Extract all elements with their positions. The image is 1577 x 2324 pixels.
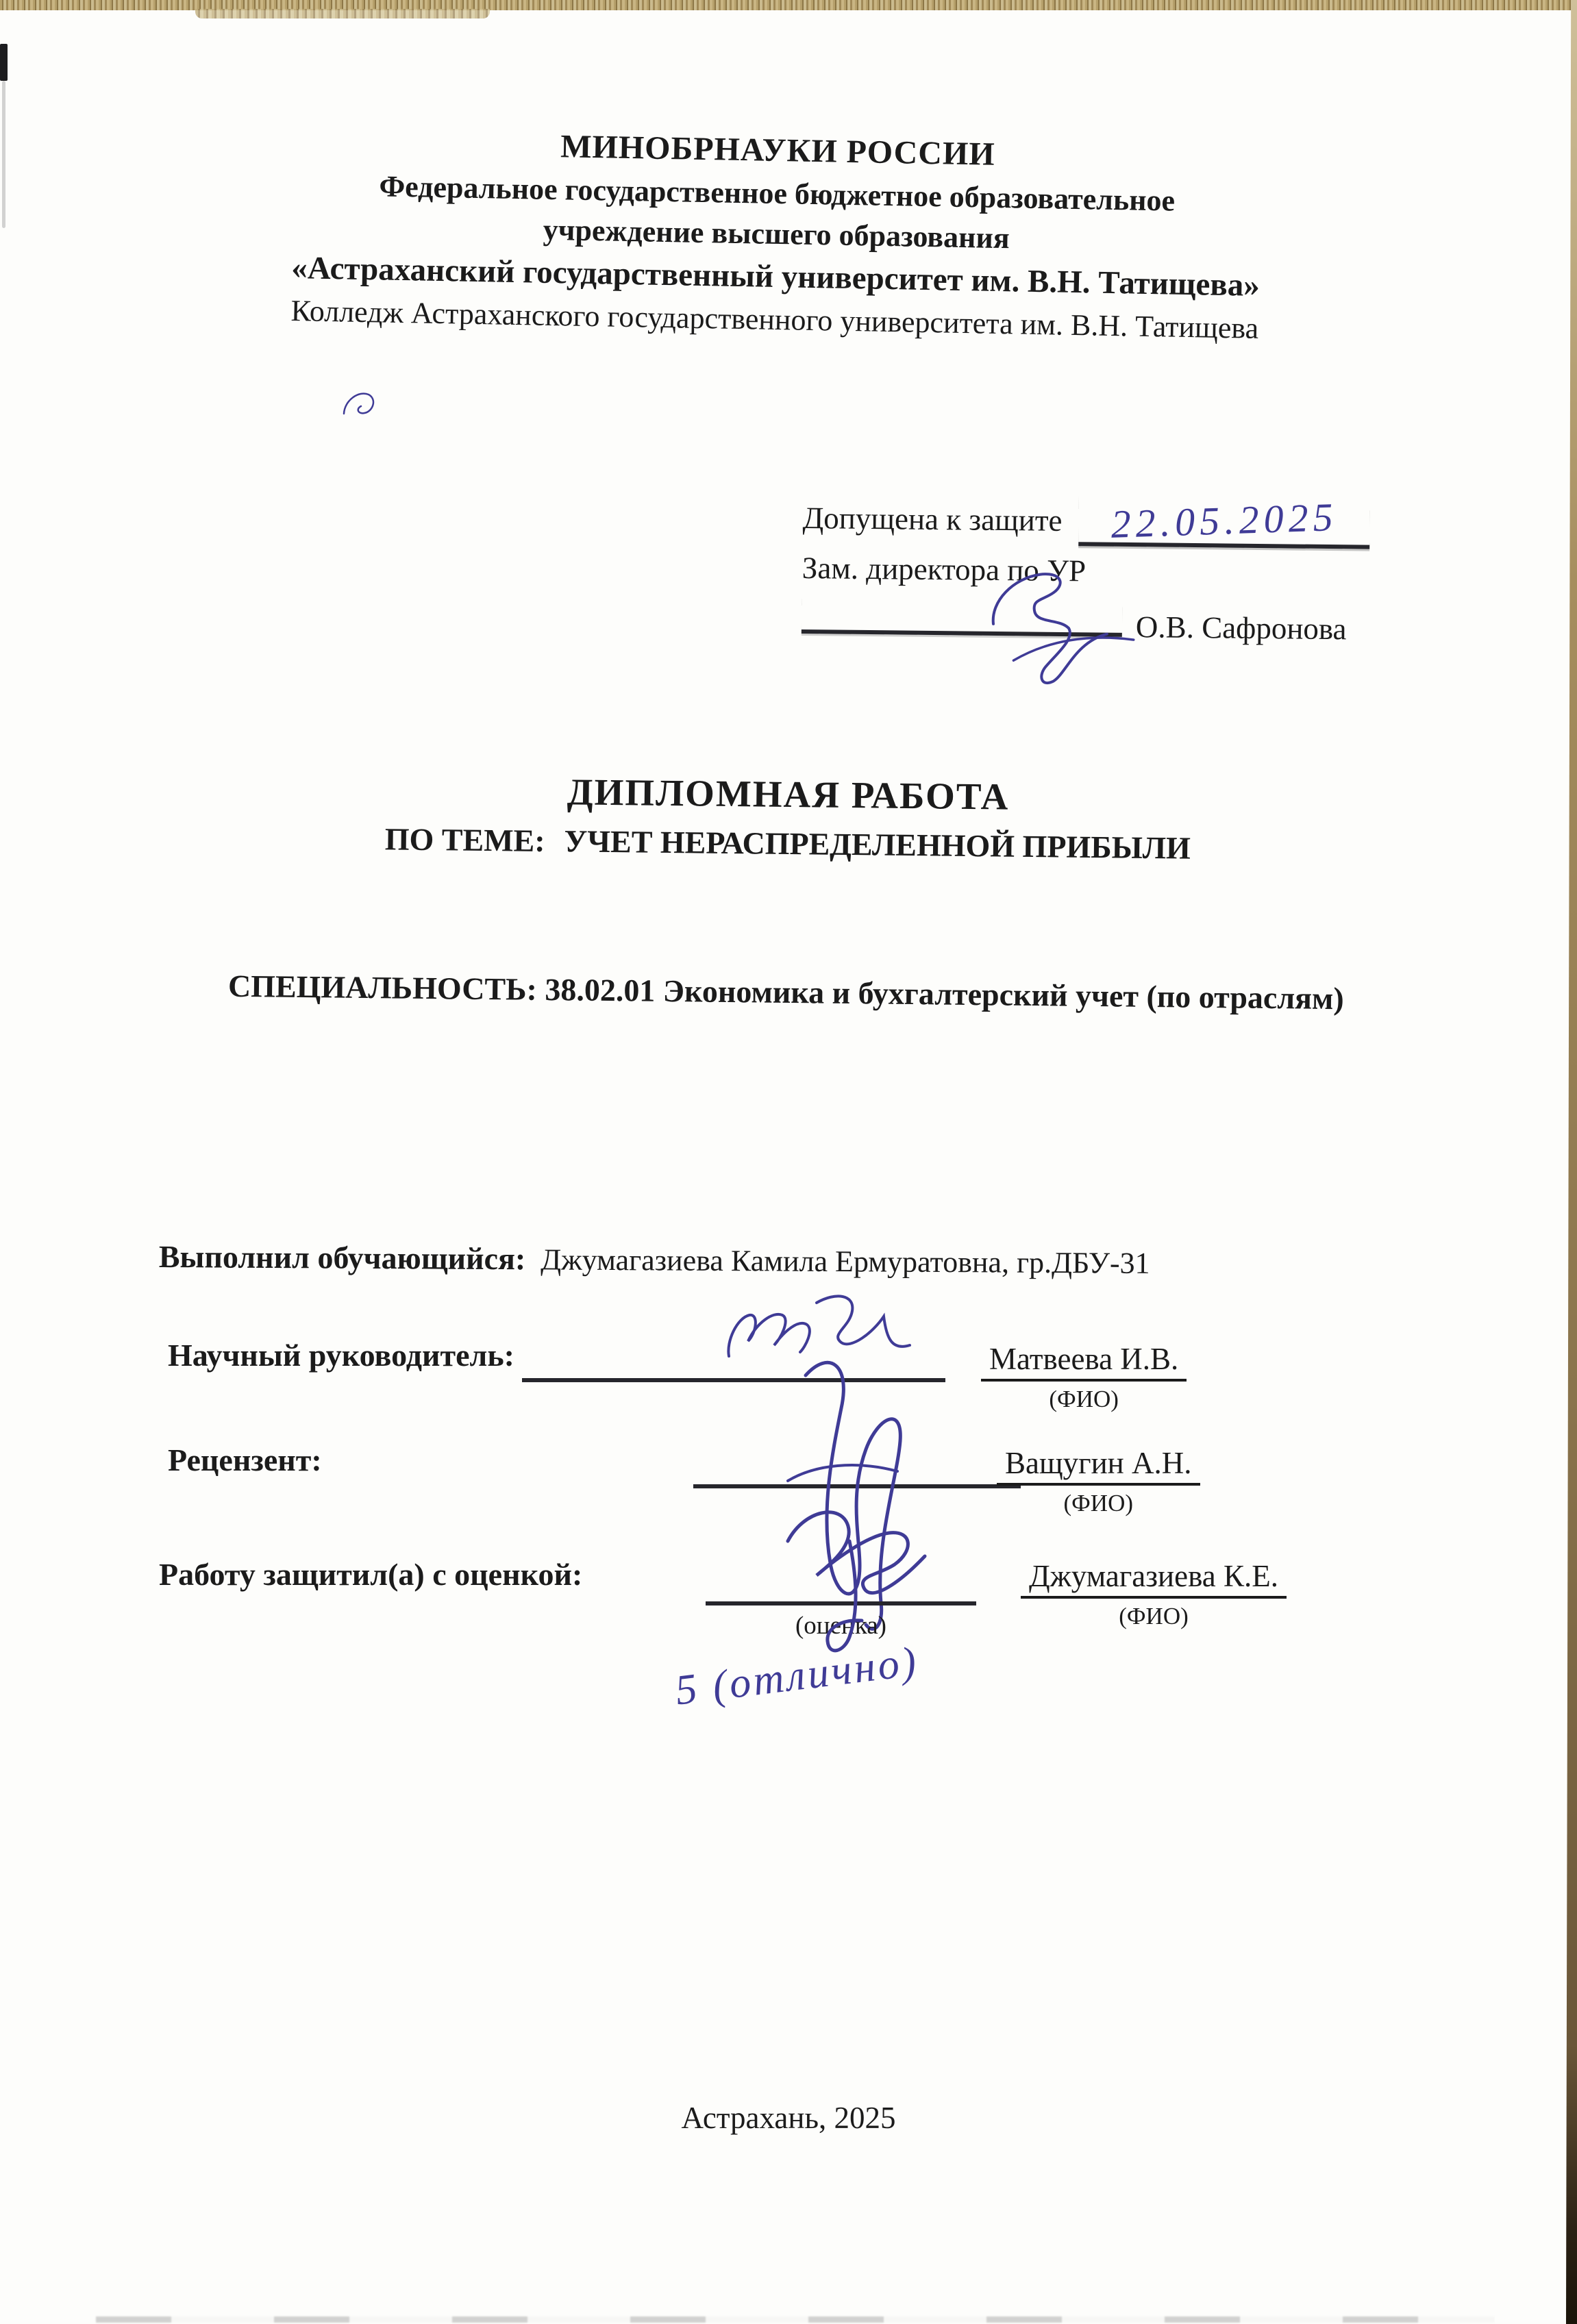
specialty-text: 38.02.01 Экономика и бухгалтерский учет … (545, 972, 1344, 1016)
supervisor-label: Научный руководитель: (168, 1337, 514, 1373)
scan-left-edge-mark (0, 44, 8, 81)
scan-left-edge-streak (2, 81, 5, 228)
student-name: Джумагазиева Камила Ермуратовна, гр.ДБУ-… (541, 1242, 1150, 1279)
deputy-director-name: О.В. Сафронова (1136, 609, 1347, 647)
university-header: МИНОБРНАУКИ РОССИИ Федеральное государст… (24, 118, 1529, 351)
defense-label: Работу защитил(а) с оценкой: (159, 1556, 582, 1592)
deputy-signature-line (802, 597, 1123, 637)
topic-label: ПО ТЕМЕ: (384, 821, 545, 858)
admitted-label: Допущена к защите (802, 500, 1062, 538)
city-year-footer: Астрахань, 2025 (0, 2100, 1577, 2136)
supervisor-name: Матвеева И.В. (981, 1341, 1187, 1382)
work-title-block: ДИПЛОМНАЯ РАБОТА ПО ТЕМЕ:УЧЕТ НЕРАСПРЕДЕ… (0, 764, 1577, 1025)
pencil-smudge (337, 385, 380, 427)
supervisor-fio-caption: (ФИО) (981, 1386, 1187, 1413)
supervisor-signature-line (522, 1378, 945, 1382)
student-label: Выполнил обучающийся: (159, 1239, 526, 1276)
defender-name-block: Джумагазиева К.Е. (ФИО) (1021, 1558, 1287, 1630)
deputy-director-label: Зам. директора по УР (802, 550, 1487, 592)
student-row: Выполнил обучающийся:Джумагазиева Камила… (159, 1238, 1150, 1281)
grade-caption: (оценка) (706, 1611, 976, 1640)
work-type-title: ДИПЛОМНАЯ РАБОТА (0, 764, 1577, 825)
reviewer-fio-caption: (ФИО) (997, 1490, 1200, 1517)
supervisor-name-block: Матвеева И.В. (ФИО) (981, 1341, 1187, 1413)
topic-line: ПО ТЕМЕ:УЧЕТ НЕРАСПРЕДЕЛЕННОЙ ПРИБЫЛИ (0, 816, 1576, 871)
supervisor-signature (714, 1275, 947, 1378)
reviewer-name-block: Ващугин А.Н. (ФИО) (997, 1445, 1200, 1517)
reviewer-label: Рецензент: (168, 1442, 322, 1478)
scan-top-edge-fringe-dip (195, 9, 490, 18)
defense-signature-line (706, 1601, 976, 1605)
defender-name: Джумагазиева К.Е. (1021, 1558, 1287, 1599)
specialty-label: СПЕЦИАЛЬНОСТЬ: (228, 969, 537, 1007)
scan-bottom-smudge (96, 2316, 1495, 2323)
reviewer-name: Ващугин А.Н. (997, 1445, 1200, 1486)
admitted-date-field: 22.05.2025 (1078, 495, 1370, 549)
handwritten-grade: 5 (отлично) (673, 1638, 921, 1716)
specialty-line: СПЕЦИАЛЬНОСТЬ: 38.02.01 Экономика и бухг… (87, 960, 1485, 1023)
reviewer-signature-line (693, 1484, 1021, 1488)
topic-text: УЧЕТ НЕРАСПРЕДЕЛЕННОЙ ПРИБЫЛИ (564, 823, 1191, 865)
admitted-date-handwritten: 22.05.2025 (1110, 494, 1339, 547)
approval-block: Допущена к защите 22.05.2025 Зам. директ… (802, 492, 1488, 648)
scanned-title-page: МИНОБРНАУКИ РОССИИ Федеральное государст… (0, 0, 1577, 2324)
defender-fio-caption: (ФИО) (1021, 1603, 1287, 1630)
scan-right-edge-strip (1566, 0, 1577, 2324)
